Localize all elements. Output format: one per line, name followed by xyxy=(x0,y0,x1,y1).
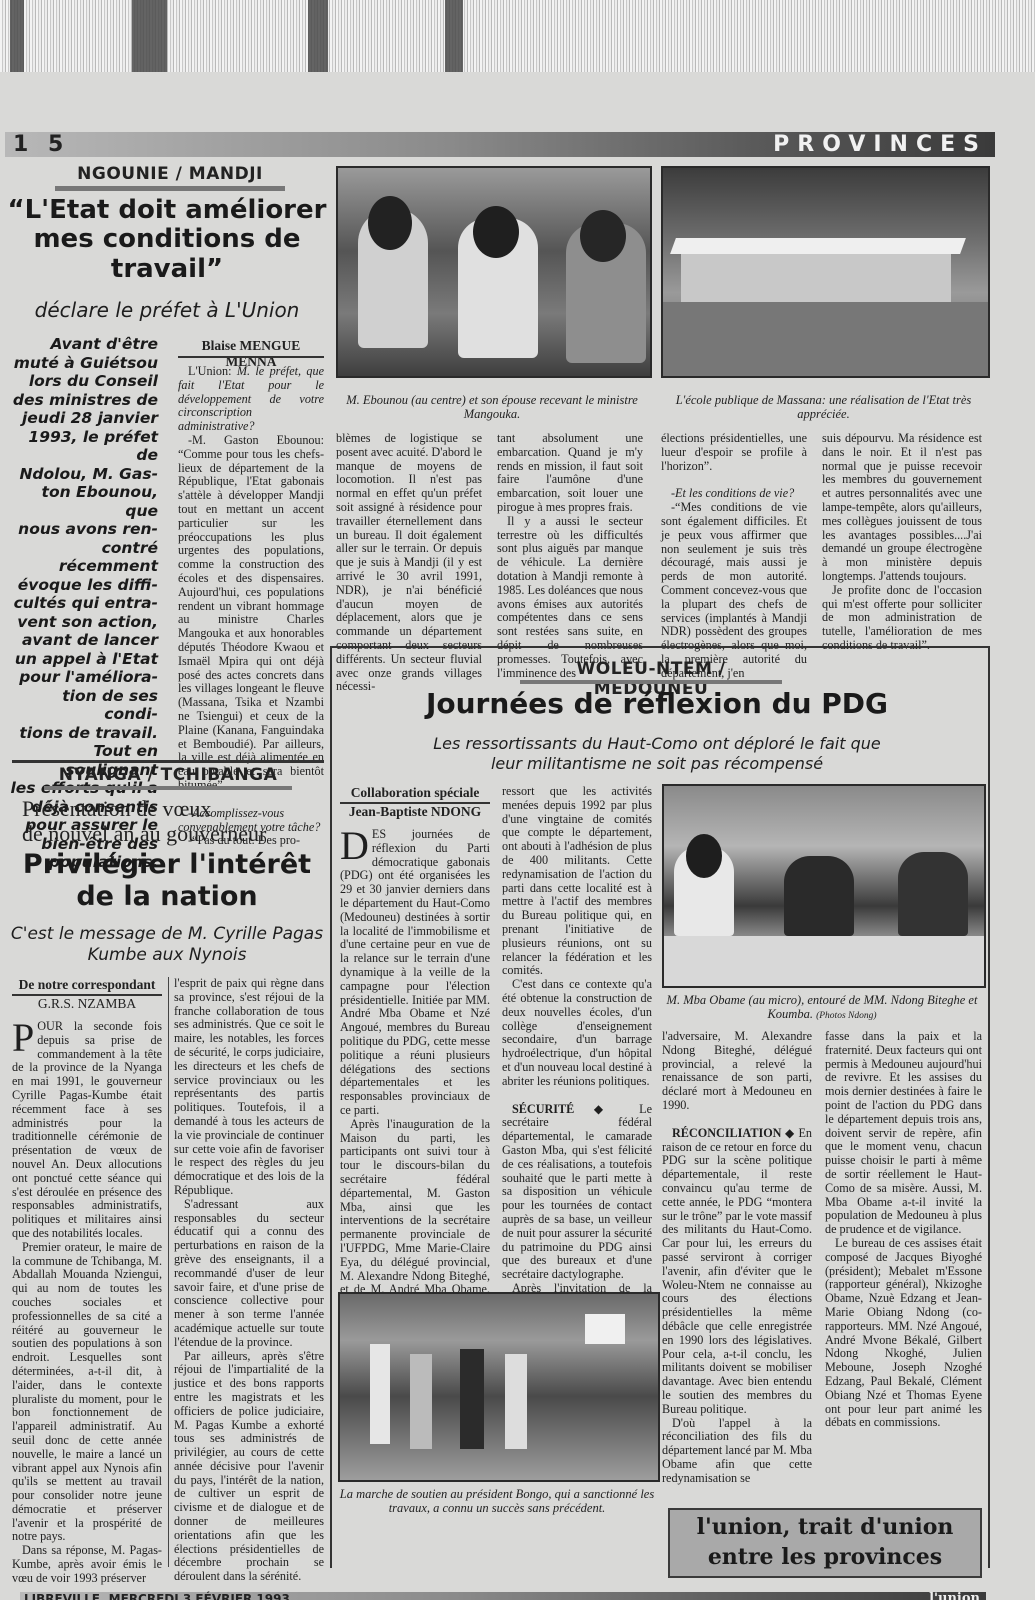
footer-dateline: LIBREVILLE, MERCREDI 3 FÉVRIER 1993 xyxy=(24,1592,290,1600)
article1-kicker: NGOUNIE / MANDJI xyxy=(55,164,285,184)
scan-artifact xyxy=(10,0,24,72)
body-text: C'est dans ce contexte qu'a été obtenue … xyxy=(502,978,652,1088)
scan-top-edge xyxy=(0,0,1035,72)
article1-headline: “L'Etat doit améliorer mes conditions de… xyxy=(6,196,328,284)
lede-line: jeudi 28 janvier xyxy=(8,409,158,428)
body-text: fasse dans la paix et la fraternité. Deu… xyxy=(825,1030,982,1237)
photo1-caption: M. Ebounou (au centre) et son épouse rec… xyxy=(336,393,648,421)
body-text: suis dépourvu. Ma résidence est dans le … xyxy=(822,432,982,584)
subhead: RÉCONCILIATION xyxy=(672,1126,781,1140)
photo-figure xyxy=(505,1354,527,1449)
body-text: Dans sa réponse, M. Pagas-Kumbe, après a… xyxy=(12,1544,162,1585)
drop-cap: D xyxy=(340,830,369,862)
deck-line: Les ressortissants du Haut-Como ont dépl… xyxy=(332,734,982,754)
article3-headline: Journées de réflexion du PDG xyxy=(332,688,982,720)
lede-line: cultés qui entra- xyxy=(8,594,158,613)
headline-line: de la nation xyxy=(6,881,328,913)
body-text: Premier orateur, le maire de la commune … xyxy=(12,1241,162,1545)
school-ground xyxy=(663,302,988,376)
headline-line: “L'Etat doit améliorer xyxy=(6,196,328,225)
body-text: D'où l'appel à la réconciliation des fil… xyxy=(662,1417,812,1486)
drop-cap: P xyxy=(12,1022,34,1054)
body-text: l'esprit de paix qui règne dans sa provi… xyxy=(174,977,324,1198)
deck-line: Kumbe aux Nynois xyxy=(6,945,328,966)
photo-figure xyxy=(410,1354,432,1449)
promo-line: l'union, trait d'union xyxy=(670,1512,980,1542)
article2-deck: C'est le message de M. Cyrille Pagas Kum… xyxy=(6,924,328,966)
page-number: 1 5 xyxy=(13,132,69,157)
newspaper-page: 1 5 PROVINCES NGOUNIE / MANDJI “L'Etat d… xyxy=(0,72,1035,1600)
body-text: Je profite donc de l'occasion qui m'est … xyxy=(822,584,982,653)
photo2-caption: L'école publique de Massana: une réalisa… xyxy=(661,393,986,421)
diamond-icon: ◆ xyxy=(594,1102,620,1116)
article3-deck: Les ressortissants du Haut-Como ont dépl… xyxy=(332,734,982,774)
body-text: ES journées de réflexion du Parti démocr… xyxy=(340,827,490,1117)
article2-headline: Privilégier l'intérêt de la nation xyxy=(6,849,328,913)
lede-line: tions de travail. xyxy=(8,724,158,743)
photo-credit: (Photos Ndong) xyxy=(816,1011,876,1021)
photo-massana-school xyxy=(661,166,990,378)
article2-overline: Présentation de vœux de nouvel an au gou… xyxy=(22,796,322,846)
body-text: En raison de ce retour en force du PDG s… xyxy=(662,1126,812,1416)
body-text: tant absolument une embarcation. Quand j… xyxy=(497,432,643,515)
promo-line: entre les provinces xyxy=(670,1542,980,1572)
photo-ebounou-reception xyxy=(336,166,652,378)
lede-line: pour l'améliora- xyxy=(8,668,158,687)
lede-line: un appel à l'Etat xyxy=(8,650,158,669)
lede-line: lors du Conseil xyxy=(8,372,158,391)
kicker-rule xyxy=(44,786,292,790)
body-text: Le bureau de ces assises était composé d… xyxy=(825,1237,982,1430)
scan-artifact xyxy=(308,0,328,72)
lede-line: évoque les diffi- xyxy=(8,576,158,595)
column-rule xyxy=(168,977,169,1567)
overline-line: de nouvel an au gouverneur xyxy=(22,821,322,846)
photo4-caption: La marche de soutien au président Bongo,… xyxy=(338,1487,656,1515)
body-text: Par ailleurs, après s'être réjoui de l'i… xyxy=(174,1350,324,1585)
promo-box: l'union, trait d'union entre les provinc… xyxy=(668,1508,982,1578)
question-text: -Et les conditions de vie? xyxy=(661,487,807,501)
body-text: OUR la seconde fois depuis sa prise de c… xyxy=(12,1019,162,1240)
article1-col4: élections présidentielles, une lueur d'e… xyxy=(661,432,807,681)
footer-brand: l'union xyxy=(929,1592,980,1600)
article3-col2: ressort que les activités menées depuis … xyxy=(502,785,652,1365)
article3-byline-label: Collaboration spéciale xyxy=(340,785,490,801)
article3-col3: l'adversaire, M. Alexandre Ndong Biteghé… xyxy=(662,1030,812,1486)
article1-lede: Avant d'être muté à Guiétsou lors du Con… xyxy=(8,335,158,872)
subhead: SÉCURITÉ xyxy=(512,1102,574,1116)
lede-line: Avant d'être xyxy=(8,335,158,354)
deck-line: C'est le message de M. Cyrille Pagas xyxy=(6,924,328,945)
photo-mba-obame-micro xyxy=(662,784,986,988)
article3-col1: DES journées de réflexion du Parti démoc… xyxy=(340,828,490,1338)
byline-rule xyxy=(178,356,324,358)
question-prefix: L'Union: xyxy=(188,364,237,378)
kicker-rule xyxy=(520,680,782,684)
header-bar: 1 5 PROVINCES xyxy=(5,132,995,157)
footer-bar: LIBREVILLE, MERCREDI 3 FÉVRIER 1993 l'un… xyxy=(20,1592,986,1600)
section-title: PROVINCES xyxy=(773,132,987,157)
lede-line: tion de ses condi- xyxy=(8,687,158,724)
school-building xyxy=(681,250,951,302)
article2-col2: l'esprit de paix qui règne dans sa provi… xyxy=(174,977,324,1584)
school-roof xyxy=(670,238,966,254)
lede-line: nous avons ren- xyxy=(8,520,158,539)
lede-line: avant de lancer xyxy=(8,631,158,650)
lede-line: ton Ebounou, que xyxy=(8,483,158,520)
article3-byline: Jean-Baptiste NDONG xyxy=(340,804,490,820)
body-text: Le secrétaire fédéral départemental, le … xyxy=(502,1102,652,1282)
diamond-icon: ◆ xyxy=(785,1126,795,1140)
article1-col5: suis dépourvu. Ma résidence est dans le … xyxy=(822,432,982,653)
lede-line: muté à Guiétsou xyxy=(8,354,158,373)
article3-col4: fasse dans la paix et la fraternité. Deu… xyxy=(825,1030,982,1430)
lede-line: des ministres de xyxy=(8,391,158,410)
body-text: l'adversaire, M. Alexandre Ndong Biteghé… xyxy=(662,1030,812,1113)
photo-figure xyxy=(460,1349,484,1449)
article2-byline: G.R.S. NZAMBA xyxy=(12,996,162,1012)
lede-line: contré récemment xyxy=(8,539,158,576)
photo-figure xyxy=(368,196,412,250)
photo-figure xyxy=(370,1344,390,1444)
headline-line: travail” xyxy=(6,255,328,284)
photo-figure xyxy=(473,206,519,258)
photo-table xyxy=(664,936,984,986)
article1-col3: tant absolument une embarcation. Quand j… xyxy=(497,432,643,680)
lede-line: Ndolou, M. Gas- xyxy=(8,465,158,484)
headline-line: mes conditions de xyxy=(6,225,328,254)
photo-figure xyxy=(784,856,854,936)
photo-flag xyxy=(585,1314,625,1344)
photo-march-bongo xyxy=(338,1292,660,1482)
lede-line: 1993, le préfet de xyxy=(8,428,158,465)
scan-artifact xyxy=(132,0,167,72)
body-text: élections présidentielles, une lueur d'e… xyxy=(661,432,807,473)
answer-text: -M. Gaston Ebounou: “Comme pour tous les… xyxy=(178,434,324,793)
photo-figure xyxy=(580,210,626,262)
photo-figure xyxy=(686,834,722,878)
photo-figure xyxy=(898,852,968,936)
photo3-caption: M. Mba Obame (au micro), entouré de MM. … xyxy=(662,993,982,1023)
article2-byline-label: De notre correspondant xyxy=(12,977,162,993)
deck-line: leur militantisme ne soit pas récompensé xyxy=(332,754,982,774)
article2-kicker: NYANGA / TCHIBANGA xyxy=(44,765,292,785)
article2-col1: POUR la seconde fois depuis sa prise de … xyxy=(12,1020,162,1586)
article1-deck: déclare le préfet à L'Union xyxy=(6,298,328,322)
headline-line: Privilégier l'intérêt xyxy=(6,849,328,881)
body-text: S'adressant aux responsables du secteur … xyxy=(174,1198,324,1350)
section-divider xyxy=(12,760,324,763)
kicker-rule xyxy=(55,186,285,191)
overline-line: Présentation de vœux xyxy=(22,796,322,821)
lede-line: vent son action, xyxy=(8,613,158,632)
scan-artifact xyxy=(445,0,463,72)
body-text: ressort que les activités menées depuis … xyxy=(502,785,652,978)
